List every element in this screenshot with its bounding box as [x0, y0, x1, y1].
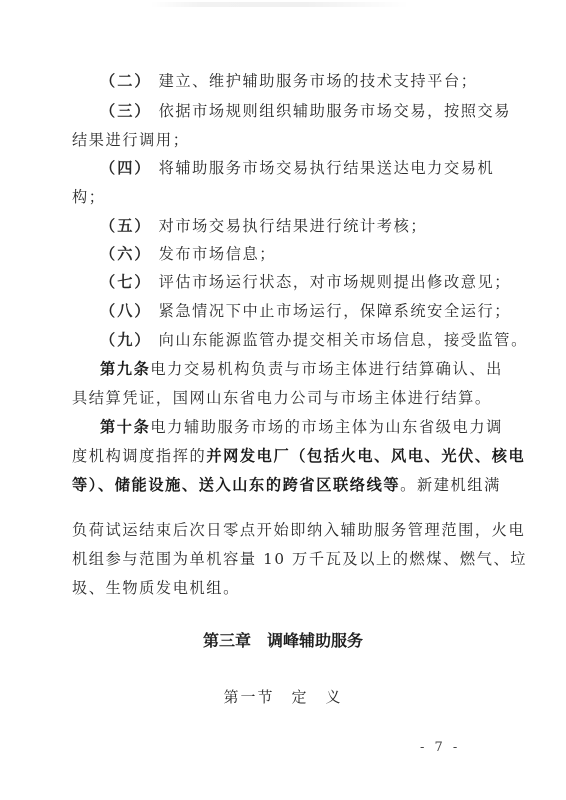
- article-10-line-6: 圾、生物质发电机组。: [72, 578, 442, 598]
- list-item-8: （八）紧急情况下中止市场运行，保障系统安全运行；: [100, 301, 470, 321]
- list-item-4: （四）将辅助服务市场交易执行结果送达电力交易机: [100, 158, 470, 178]
- scan-artifact: [150, 2, 410, 7]
- page-number: - 7 -: [420, 740, 460, 755]
- list-item-6: （六）发布市场信息；: [100, 244, 470, 264]
- list-item-3: （三）依据市场规则组织辅助服务市场交易，按照交易: [100, 101, 470, 121]
- article-10-line-5: 机组参与范围为单机容量 10 万千瓦及以上的燃煤、燃气、垃: [72, 549, 442, 569]
- article-10-line-4: 负荷试运结束后次日零点开始即纳入辅助服务管理范围，火电: [72, 520, 442, 540]
- article-9-label: 第九条: [100, 360, 150, 378]
- list-item-2: （二）建立、维护辅助服务市场的技术支持平台；: [100, 71, 470, 91]
- list-item-9: （九）向山东能源监管办提交相关市场信息，接受监管。: [100, 330, 470, 350]
- section-heading: 第一节 定 义: [0, 686, 566, 707]
- article-10-label: 第十条: [100, 418, 150, 436]
- article-10-line-1: 第十条电力辅助服务市场的市场主体为山东省级电力调: [100, 417, 470, 437]
- article-10-line-2: 度机构调度指挥的并网发电厂（包括火电、风电、光伏、核电: [72, 446, 442, 466]
- chapter-heading: 第三章 调峰辅助服务: [0, 628, 566, 651]
- article-9-line-2: 具结算凭证，国网山东省电力公司与市场主体进行结算。: [72, 388, 442, 408]
- list-item-3-continued: 结果进行调用；: [72, 130, 442, 150]
- article-9-line-1: 第九条电力交易机构负责与市场主体进行结算确认、出: [100, 359, 470, 379]
- list-item-4-continued: 构；: [72, 187, 442, 207]
- list-item-7: （七）评估市场运行状态，对市场规则提出修改意见；: [100, 272, 470, 292]
- list-item-5: （五）对市场交易执行结果进行统计考核；: [100, 216, 470, 236]
- document-page: （二）建立、维护辅助服务市场的技术支持平台； （三）依据市场规则组织辅助服务市场…: [0, 0, 566, 800]
- article-10-line-3: 等）、储能设施、送入山东的跨省区联络线等。新建机组满: [72, 475, 442, 495]
